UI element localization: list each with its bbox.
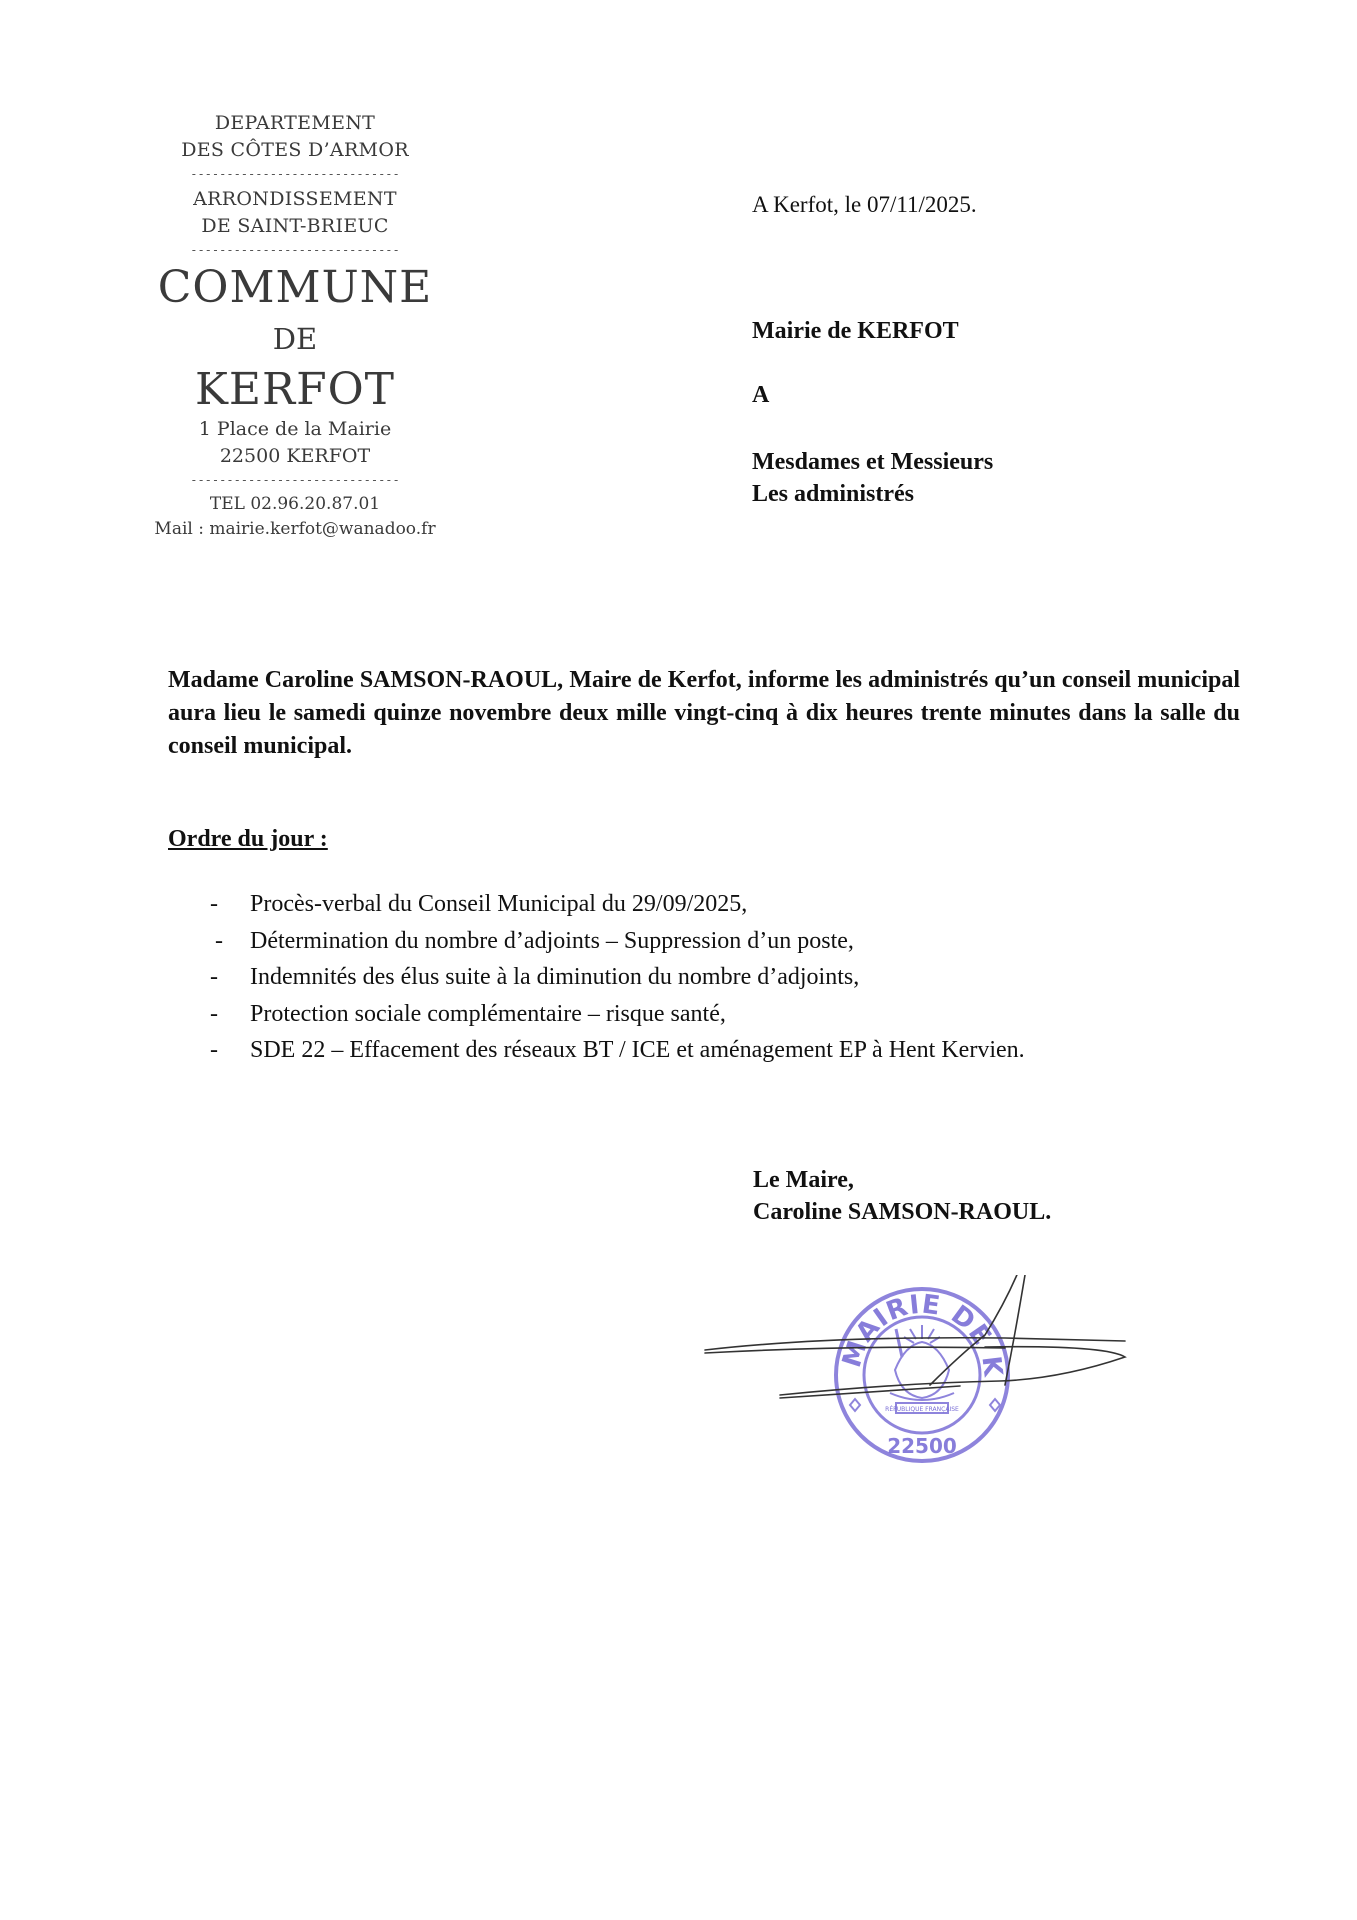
stamp-seal-icon: MAIRIE DE KERFOT 22500 RÉPUBLIQUE FRANÇA… <box>690 1275 1130 1475</box>
separator: ----------------------------- <box>140 242 450 258</box>
address-line2: 22500 KERFOT <box>140 443 450 470</box>
stamp-inner-text: RÉPUBLIQUE FRANÇAISE <box>885 1405 959 1413</box>
bullet-dash: - <box>210 959 218 996</box>
arrondissement-line2: DE SAINT-BRIEUC <box>140 213 450 240</box>
agenda-item: -Détermination du nombre d’adjoints – Su… <box>208 923 1025 960</box>
department-line1: DEPARTEMENT <box>140 110 450 137</box>
agenda-item: -Indemnités des élus suite à la diminuti… <box>208 959 1025 996</box>
bullet-dash: - <box>210 886 218 923</box>
recipients-line2: Les administrés <box>752 478 993 510</box>
de-label: DE <box>140 314 450 364</box>
town-name: KERFOT <box>140 364 450 416</box>
signature-block: Le Maire, Caroline SAMSON-RAOUL. <box>753 1164 1051 1228</box>
official-stamp-and-signature: MAIRIE DE KERFOT 22500 RÉPUBLIQUE FRANÇA… <box>690 1275 1130 1475</box>
intro-paragraph: Madame Caroline SAMSON-RAOUL, Maire de K… <box>168 664 1240 763</box>
telephone: TEL 02.96.20.87.01 <box>140 492 450 517</box>
recipients: Mesdames et Messieurs Les administrés <box>752 446 993 510</box>
separator: ----------------------------- <box>140 166 450 182</box>
email-address: Mail : mairie.kerfot@wanadoo.fr <box>120 517 470 542</box>
arrondissement-line1: ARRONDISSEMENT <box>140 186 450 213</box>
agenda-item: -Protection sociale complémentaire – ris… <box>208 996 1025 1033</box>
document-page: DEPARTEMENT DES CÔTES D’ARMOR ----------… <box>0 0 1357 1920</box>
recipients-line1: Mesdames et Messieurs <box>752 446 993 478</box>
address-line1: 1 Place de la Mairie <box>140 416 450 443</box>
bullet-dash: - <box>215 923 223 960</box>
agenda-item: -SDE 22 – Effacement des réseaux BT / IC… <box>208 1032 1025 1069</box>
sender: Mairie de KERFOT <box>752 318 959 345</box>
agenda-list: -Procès-verbal du Conseil Municipal du 2… <box>208 886 1025 1069</box>
to-prefix: A <box>752 382 769 409</box>
department-line2: DES CÔTES D’ARMOR <box>140 137 450 164</box>
signature-title: Le Maire, <box>753 1164 1051 1196</box>
bullet-dash: - <box>210 1032 218 1069</box>
agenda-item: -Procès-verbal du Conseil Municipal du 2… <box>208 886 1025 923</box>
stamp-postal-code: 22500 <box>887 1434 957 1458</box>
bullet-dash: - <box>210 996 218 1033</box>
separator: ----------------------------- <box>140 472 450 488</box>
letterhead: DEPARTEMENT DES CÔTES D’ARMOR ----------… <box>140 110 450 542</box>
date-line: A Kerfot, le 07/11/2025. <box>752 192 977 218</box>
signature-name: Caroline SAMSON-RAOUL. <box>753 1196 1051 1228</box>
agenda-title: Ordre du jour : <box>168 826 328 853</box>
commune-label: COMMUNE <box>140 262 450 314</box>
